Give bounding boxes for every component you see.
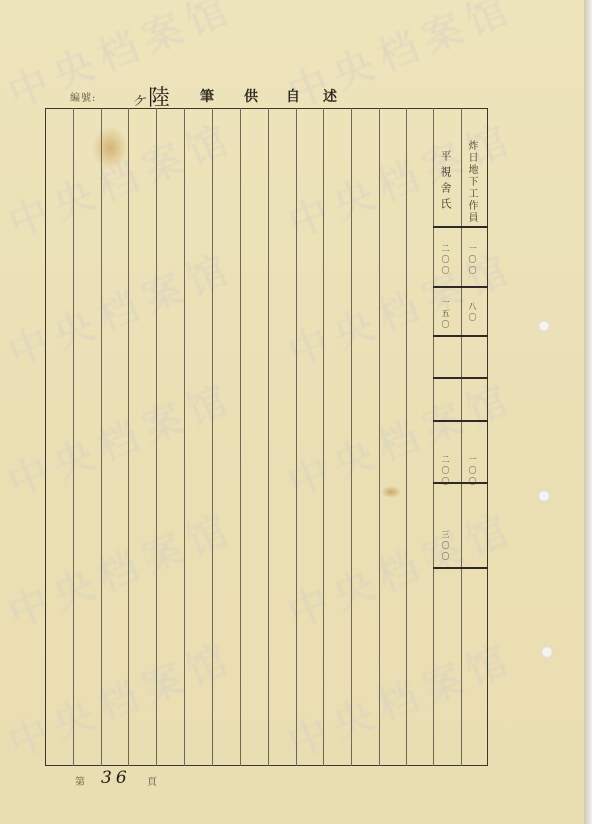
serial-label: 編號: bbox=[70, 89, 96, 104]
cell-divider bbox=[433, 567, 488, 569]
column-rule bbox=[406, 108, 407, 766]
page-label-prefix: 第 bbox=[75, 773, 85, 788]
entry-heading-right: 炸日地下工作員 bbox=[466, 140, 476, 224]
column-rule bbox=[433, 108, 434, 766]
title-char: 自 bbox=[286, 86, 300, 106]
column-rule bbox=[351, 108, 352, 766]
entry-value: 一〇〇 bbox=[468, 455, 476, 488]
column-rule bbox=[296, 108, 297, 766]
title-char: 供 bbox=[244, 86, 258, 106]
title-char: 述 bbox=[323, 86, 337, 106]
column-rule bbox=[212, 108, 213, 766]
column-rule bbox=[461, 108, 462, 766]
page-label-suffix: 頁 bbox=[147, 773, 157, 788]
punch-hole bbox=[538, 490, 550, 502]
cell-divider bbox=[433, 335, 488, 337]
column-rule bbox=[240, 108, 241, 766]
punch-hole bbox=[538, 320, 550, 332]
column-rule bbox=[323, 108, 324, 766]
entry-value: 二〇〇 bbox=[441, 244, 449, 277]
column-rule bbox=[128, 108, 129, 766]
entry-value: 一五〇 bbox=[441, 298, 449, 331]
column-rule bbox=[73, 108, 74, 766]
title-char: 筆 bbox=[200, 86, 214, 106]
entry-value: 一〇〇 bbox=[468, 244, 476, 277]
cell-divider bbox=[433, 226, 488, 228]
entry-heading-left: 平視舍氏 bbox=[440, 150, 451, 214]
column-rule bbox=[101, 108, 102, 766]
column-rule bbox=[184, 108, 185, 766]
cell-divider bbox=[433, 286, 488, 288]
ruled-form-frame bbox=[45, 108, 488, 766]
entry-value: 三〇〇 bbox=[441, 530, 449, 563]
form-header: 編號: ヶ陸 筆 供 自 述 bbox=[0, 84, 592, 106]
scan-edge bbox=[584, 0, 592, 824]
column-rule bbox=[379, 108, 380, 766]
page-number: 36 bbox=[101, 768, 131, 788]
cell-divider bbox=[433, 420, 488, 422]
cell-divider bbox=[433, 377, 488, 379]
column-rule bbox=[268, 108, 269, 766]
entry-value: 二〇〇 bbox=[441, 455, 449, 488]
punch-hole bbox=[541, 646, 553, 658]
column-rule bbox=[156, 108, 157, 766]
entry-value: 八〇 bbox=[468, 302, 476, 324]
